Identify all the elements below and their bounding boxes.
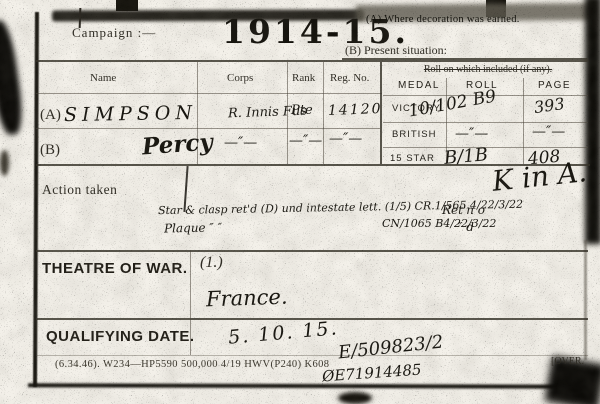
soldier-reg-no: 14120 [328, 101, 383, 119]
star-medal-label: 15 STAR [390, 153, 435, 164]
col-header-name: Name [90, 72, 116, 84]
medal-col-header: MEDAL [398, 80, 440, 91]
qualifying-date-label: QUALIFYING DATE. [46, 328, 195, 345]
rule-col-rank-reg [323, 62, 324, 164]
soldier-surname: SIMPSON [64, 102, 197, 126]
theatre-of-war-label: THEATRE OF WAR. [42, 260, 188, 277]
card-left-edge [33, 12, 39, 387]
form-imprint: (6.34.46). W234—HP5590 500,000 4/19 HWV(… [55, 359, 329, 370]
british-roll-ditto: —″— [455, 126, 488, 142]
bottom-center-smudge [338, 392, 372, 404]
page-col-header: PAGE [538, 80, 571, 91]
medal-span-header: Roll on which included (if any). [392, 64, 584, 75]
rule-under-qualifying-section [36, 355, 588, 356]
soldier-forename: Percy [141, 129, 214, 161]
col-header-rank: Rank [292, 72, 315, 84]
row-a-prefix: (A) [40, 107, 61, 124]
return-note-1: Ret'n o [442, 203, 485, 217]
over-note: [OVER. [551, 356, 584, 367]
card-bottom-edge [28, 383, 584, 388]
rule-roll-page-divider [523, 78, 524, 164]
victory-roll-value: 10/102 B9 [407, 86, 498, 121]
qualifying-date-value: 5. 10. 15. [227, 317, 339, 349]
corner-note-a: (A) Where decoration was earned. [366, 14, 520, 25]
row-b-reg-ditto: —″— [329, 131, 362, 147]
rule-under-action-section [36, 250, 588, 252]
action-taken-label: Action taken [42, 182, 117, 198]
row-b-prefix: (B) [40, 142, 60, 159]
action-line-2: Plaque ″ ″ [164, 220, 222, 235]
theatre-number: (1.) [200, 254, 223, 272]
rule-under-column-headers [36, 93, 382, 94]
theatre-value: France. [206, 285, 288, 312]
star-roll-value: B/1B [443, 144, 489, 169]
footer-reference-1: E/509823/2 [337, 332, 444, 364]
row-b-corps-ditto: —″— [224, 135, 257, 151]
medal-index-card: Campaign :— 1914-15. (A) Where decoratio… [0, 0, 600, 404]
footer-reference-2: ØE71914485 [321, 361, 422, 386]
campaign-label: Campaign :— [72, 25, 156, 41]
left-scan-blob [0, 19, 26, 136]
row-b-rank-ditto: —″— [289, 133, 322, 149]
card-right-edge [584, 240, 587, 360]
col-header-corps: Corps [227, 72, 253, 84]
british-medal-label: BRITISH [392, 129, 436, 140]
left-scan-speck [0, 150, 9, 176]
victory-page-value: 393 [533, 94, 566, 117]
rule-top-of-table [36, 60, 588, 62]
killed-in-action-note: K in A. [491, 155, 589, 198]
col-header-reg-no: Reg. No. [330, 72, 369, 84]
action-line-2-reference: CN/1065 B4/22/3/22 [382, 217, 496, 230]
corner-note-b: (B) Present situation: [345, 43, 447, 58]
soldier-rank: Pte [291, 103, 313, 118]
return-note-2: ″ d [458, 220, 474, 234]
british-page-ditto: —″— [532, 124, 565, 140]
